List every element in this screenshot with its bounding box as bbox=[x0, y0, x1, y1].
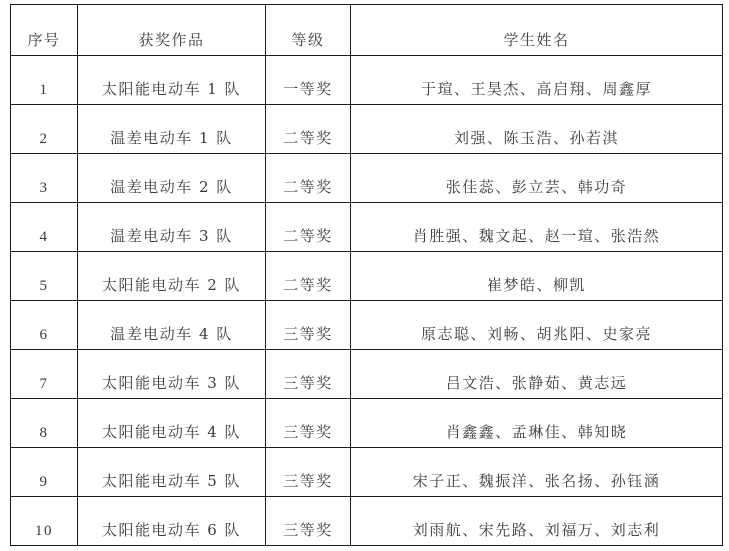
cell-level: 二等奖 bbox=[266, 252, 351, 301]
cell-work: 太阳能电动车 5 队 bbox=[78, 448, 266, 497]
header-work: 获奖作品 bbox=[78, 5, 266, 56]
cell-level: 一等奖 bbox=[266, 56, 351, 105]
table-row: 3 温差电动车 2 队 二等奖 张佳蕊、彭立芸、韩功奇 bbox=[11, 154, 723, 203]
cell-work: 温差电动车 3 队 bbox=[78, 203, 266, 252]
cell-work: 太阳能电动车 4 队 bbox=[78, 399, 266, 448]
cell-index: 10 bbox=[11, 497, 78, 546]
table-row: 5 太阳能电动车 2 队 二等奖 崔梦皓、柳凯 bbox=[11, 252, 723, 301]
header-students: 学生姓名 bbox=[351, 5, 723, 56]
cell-index: 7 bbox=[11, 350, 78, 399]
cell-index: 1 bbox=[11, 56, 78, 105]
cell-work: 太阳能电动车 6 队 bbox=[78, 497, 266, 546]
cell-level: 三等奖 bbox=[266, 399, 351, 448]
header-level: 等级 bbox=[266, 5, 351, 56]
cell-level: 三等奖 bbox=[266, 448, 351, 497]
table-row: 10 太阳能电动车 6 队 三等奖 刘雨航、宋先路、刘福万、刘志利 bbox=[11, 497, 723, 546]
cell-students: 于瑄、王昊杰、高启翔、周鑫厚 bbox=[351, 56, 723, 105]
cell-students: 肖胜强、魏文起、赵一瑄、张浩然 bbox=[351, 203, 723, 252]
cell-index: 9 bbox=[11, 448, 78, 497]
table-row: 6 温差电动车 4 队 三等奖 原志聪、刘畅、胡兆阳、史家亮 bbox=[11, 301, 723, 350]
table-row: 2 温差电动车 1 队 二等奖 刘强、陈玉浩、孙若淇 bbox=[11, 105, 723, 154]
table-header-row: 序号 获奖作品 等级 学生姓名 bbox=[11, 5, 723, 56]
cell-index: 3 bbox=[11, 154, 78, 203]
cell-work: 太阳能电动车 2 队 bbox=[78, 252, 266, 301]
cell-index: 5 bbox=[11, 252, 78, 301]
cell-work: 温差电动车 2 队 bbox=[78, 154, 266, 203]
cell-index: 6 bbox=[11, 301, 78, 350]
cell-level: 三等奖 bbox=[266, 301, 351, 350]
cell-students: 崔梦皓、柳凯 bbox=[351, 252, 723, 301]
cell-level: 三等奖 bbox=[266, 350, 351, 399]
cell-level: 二等奖 bbox=[266, 154, 351, 203]
cell-index: 2 bbox=[11, 105, 78, 154]
cell-students: 原志聪、刘畅、胡兆阳、史家亮 bbox=[351, 301, 723, 350]
cell-students: 宋子正、魏振洋、张名扬、孙钰涵 bbox=[351, 448, 723, 497]
cell-work: 温差电动车 4 队 bbox=[78, 301, 266, 350]
table-row: 7 太阳能电动车 3 队 三等奖 吕文浩、张静茹、黄志远 bbox=[11, 350, 723, 399]
cell-students: 刘雨航、宋先路、刘福万、刘志利 bbox=[351, 497, 723, 546]
table-row: 9 太阳能电动车 5 队 三等奖 宋子正、魏振洋、张名扬、孙钰涵 bbox=[11, 448, 723, 497]
table-row: 4 温差电动车 3 队 二等奖 肖胜强、魏文起、赵一瑄、张浩然 bbox=[11, 203, 723, 252]
cell-students: 吕文浩、张静茹、黄志远 bbox=[351, 350, 723, 399]
cell-work: 太阳能电动车 3 队 bbox=[78, 350, 266, 399]
cell-students: 张佳蕊、彭立芸、韩功奇 bbox=[351, 154, 723, 203]
cell-students: 刘强、陈玉浩、孙若淇 bbox=[351, 105, 723, 154]
cell-work: 温差电动车 1 队 bbox=[78, 105, 266, 154]
header-index: 序号 bbox=[11, 5, 78, 56]
cell-level: 三等奖 bbox=[266, 497, 351, 546]
cell-work: 太阳能电动车 1 队 bbox=[78, 56, 266, 105]
table-row: 1 太阳能电动车 1 队 一等奖 于瑄、王昊杰、高启翔、周鑫厚 bbox=[11, 56, 723, 105]
cell-students: 肖鑫鑫、孟琳佳、韩知晓 bbox=[351, 399, 723, 448]
cell-index: 8 bbox=[11, 399, 78, 448]
table-row: 8 太阳能电动车 4 队 三等奖 肖鑫鑫、孟琳佳、韩知晓 bbox=[11, 399, 723, 448]
cell-level: 二等奖 bbox=[266, 203, 351, 252]
cell-level: 二等奖 bbox=[266, 105, 351, 154]
awards-table: 序号 获奖作品 等级 学生姓名 1 太阳能电动车 1 队 一等奖 于瑄、王昊杰、… bbox=[10, 4, 723, 546]
cell-index: 4 bbox=[11, 203, 78, 252]
